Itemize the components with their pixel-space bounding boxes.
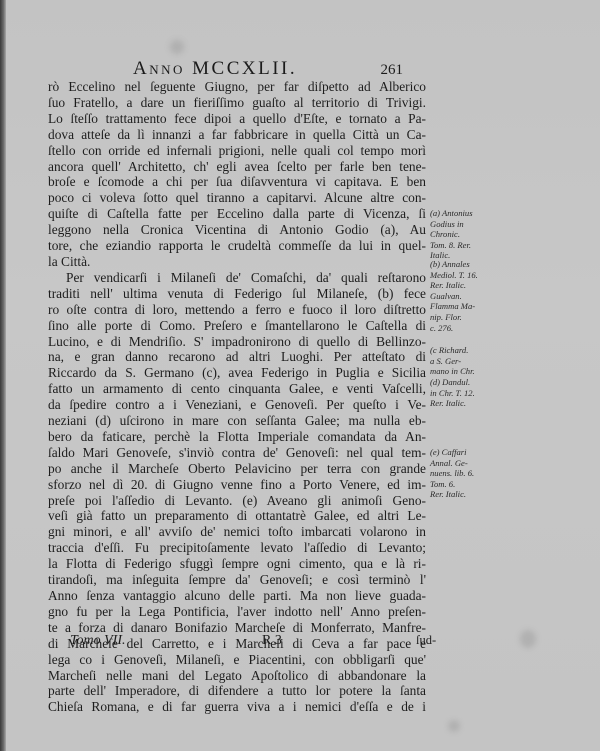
page-binding-edge: [0, 0, 6, 751]
margin-note-line: c. 276.: [430, 323, 510, 334]
page-header: Anno MCCXLII. 261: [133, 58, 403, 80]
text-line: la Città.: [48, 254, 426, 270]
text-line: ancora quell' Architetto, ch' egli avea …: [48, 159, 426, 175]
text-line: fatto un armamento di cento cinquanta Ga…: [48, 381, 426, 397]
text-line: Lo ſteſſo trattamento fece dipoi a quell…: [48, 111, 426, 127]
text-line: rò Eccelino nel ſeguente Giugno, per far…: [48, 79, 426, 95]
text-line: ſtello con orride ed infernali prigioni,…: [48, 143, 426, 159]
text-line: broſe e ſcomode a chi per ſua diſavventu…: [48, 174, 426, 190]
margin-note: (d) Dandul.in Chr. T. 12.Rer. Italic.: [430, 377, 510, 409]
text-line: preſe poi l'aſſedio di Levanto. (e) Avea…: [48, 493, 426, 509]
margin-note-line: Mediol. T. 16.: [430, 270, 510, 281]
text-line: dova atteſe da lì innanzi a far fabbrica…: [48, 127, 426, 143]
margin-note-line: Gualvan.: [430, 291, 510, 302]
volume-label: Tomo VII.: [70, 633, 126, 649]
margin-note-line: Tom. 8. Rer.: [430, 240, 510, 251]
text-line: Chieſa Romana, e di far guerra viva a i …: [48, 699, 426, 715]
margin-note-line: nip. Flor.: [430, 312, 510, 323]
margin-note-line: (c Richard.: [430, 345, 510, 356]
text-line: da ſpedire contro a i Veneziani, e Genov…: [48, 397, 426, 413]
text-line: veſi già fatto un preparamento di ottant…: [48, 508, 426, 524]
margin-note-line: (d) Dandul.: [430, 377, 510, 388]
paper-stain: [448, 720, 460, 732]
text-line: ſuo Fratello, a dare un fieriſſimo guaſt…: [48, 95, 426, 111]
text-line: neziani (d) uſcirono in mare con seſſant…: [48, 413, 426, 429]
margin-note-line: (b) Annales: [430, 259, 510, 270]
margin-note-line: Rer. Italic.: [430, 398, 510, 409]
text-line: traccia d'eſſi. Fu precipitoſamente leva…: [48, 540, 426, 556]
text-line: poco ci voleva ſotto quel tiranno a capi…: [48, 190, 426, 206]
margin-note-line: Rer. Italic.: [430, 489, 510, 500]
text-line: tirandoſi, ma inſeguita ſempre da' Genov…: [48, 572, 426, 588]
margin-note-line: Annal. Ge-: [430, 458, 510, 469]
text-line: gno fu per la Lega Pontificia, l'aver in…: [48, 604, 426, 620]
page-number: 261: [381, 62, 404, 79]
margin-note-line: Flamma Ma-: [430, 301, 510, 312]
text-line: po anche il Marcheſe Oberto Pelavicino p…: [48, 461, 426, 477]
book-page: Anno MCCXLII. 261 rò Eccelino nel ſeguen…: [0, 0, 600, 751]
text-line: parte dell' Imperadore, di difendere a t…: [48, 683, 426, 699]
text-line: traditi nell' ultima venuta di Federigo …: [48, 286, 426, 302]
margin-note-line: Tom. 6.: [430, 479, 510, 490]
paper-stain: [520, 630, 536, 648]
text-line: bero da faticare, perchè la Flotta Imper…: [48, 429, 426, 445]
text-line: sforzo nel dì 20. di Giugno venne fino a…: [48, 477, 426, 493]
margin-note-line: a S. Ger-: [430, 356, 510, 367]
text-line: ro oſte contra di loro, mettendo a ferro…: [48, 302, 426, 318]
text-line: ſino alle porte di Como. Preſero e ſmant…: [48, 318, 426, 334]
margin-note: (e) CaffariAnnal. Ge-nuens. lib. 6.Tom. …: [430, 447, 510, 500]
margin-note-line: Godius in: [430, 219, 510, 230]
paper-stain: [170, 40, 184, 54]
text-line: leggono nella Cronica Vicentina di Anton…: [48, 222, 426, 238]
margin-note-line: Chronic.: [430, 229, 510, 240]
margin-note: (b) AnnalesMediol. T. 16.Rer. Italic.Gua…: [430, 259, 510, 333]
margin-note-line: Rer. Italic.: [430, 280, 510, 291]
text-line: lega co i Genoveſi, Milaneſi, e Piacenti…: [48, 652, 426, 668]
text-line: ſaldo Mari Genoveſe, s'inviò contra de' …: [48, 445, 426, 461]
margin-note-line: mano in Chr.: [430, 366, 510, 377]
text-line: na, e gran danno recarono ad altri Luogh…: [48, 349, 426, 365]
margin-note-line: nuens. lib. 6.: [430, 468, 510, 479]
body-text: rò Eccelino nel ſeguente Giugno, per far…: [48, 79, 426, 715]
signature-mark: R 3: [262, 633, 282, 649]
text-line: Per vendicarſi i Milaneſi de' Comaſchi, …: [48, 270, 426, 286]
text-line: la Flotta di Federigo sfuggì ſempre ogni…: [48, 556, 426, 572]
text-line: Anno ſenza vantaggio alcuno delle parti.…: [48, 588, 426, 604]
margin-note: (a) AntoniusGodius inChronic.Tom. 8. Rer…: [430, 208, 510, 261]
text-line: gni minori, e all' avviſo de' nemici toſ…: [48, 524, 426, 540]
margin-note-line: (a) Antonius: [430, 208, 510, 219]
text-line: Lucino, e di Mendriſio. S' impadronirono…: [48, 334, 426, 350]
running-title: Anno MCCXLII.: [133, 58, 297, 80]
margin-note-line: (e) Caffari: [430, 447, 510, 458]
text-line: tore, che eziandio rapporta le crudeltà …: [48, 238, 426, 254]
text-line: quiſte di Caſtella fatte per Eccelino da…: [48, 206, 426, 222]
text-line: Riccardo da S. Germano (c), avea Federig…: [48, 365, 426, 381]
margin-note-line: in Chr. T. 12.: [430, 388, 510, 399]
catchword: ſud-: [416, 633, 436, 648]
text-line: Marcheſi nelle mani del Legato Apoſtolic…: [48, 668, 426, 684]
margin-note: (c Richard.a S. Ger-mano in Chr.: [430, 345, 510, 377]
